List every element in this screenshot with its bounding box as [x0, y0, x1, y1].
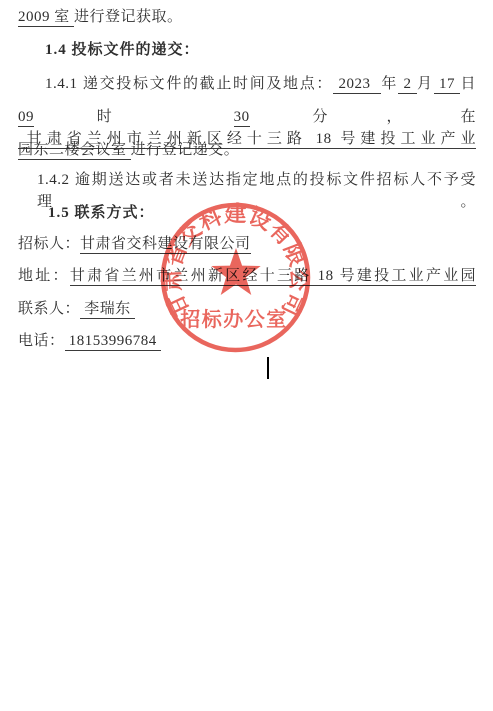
contact-person-value: 李瑞东: [80, 301, 135, 319]
blank-month: 2: [398, 76, 417, 94]
blank-minute: 30: [234, 109, 250, 127]
heading-1-4-submission: 1.4 投标文件的递交：: [18, 39, 476, 61]
tenderer-label: 招标人：: [18, 236, 80, 252]
paragraph-1-4-1-place-cont: 园东二楼会议室 进行登记递交。: [18, 139, 476, 161]
blank-hour: 09: [18, 109, 34, 127]
phone-value: 18153996784: [65, 333, 162, 351]
tenderer-value: 甘肃省交科建设有限公司: [80, 236, 251, 254]
paragraph-1-4-1-deadline: 1.4.1 递交投标文件的截止时间及地点： 2023 年 2 月 17 日: [18, 73, 476, 95]
contact-person-label: 联系人：: [18, 301, 80, 317]
heading-1-5-contact: 1.5 联系方式：: [18, 202, 476, 224]
phone-label: 电话：: [18, 333, 65, 349]
contact-tenderer-row: 招标人：甘肃省交科建设有限公司: [18, 233, 476, 255]
blank-place-line2: 园东二楼会议室: [18, 142, 131, 160]
contact-person-row: 联系人： 李瑞东: [18, 298, 476, 320]
contact-address-row: 地址：甘肃省兰州市兰州新区经十三路 18 号建投工业产业园: [18, 265, 476, 287]
address-value: 甘肃省兰州市兰州新区经十三路 18 号建投工业产业园: [70, 268, 476, 286]
blank-day: 17: [434, 76, 461, 94]
document-page[interactable]: 2009 室 进行登记获取。 1.4 投标文件的递交： 1.4.1 递交投标文件…: [0, 0, 493, 711]
blank-room-number: 2009 室: [18, 9, 74, 27]
paragraph-registration: 2009 室 进行登记获取。: [18, 6, 476, 28]
address-label: 地址：: [18, 268, 70, 284]
blank-year: 2023: [333, 76, 381, 94]
contact-phone-row: 电话： 18153996784: [18, 330, 476, 352]
text-cursor: [267, 357, 269, 379]
